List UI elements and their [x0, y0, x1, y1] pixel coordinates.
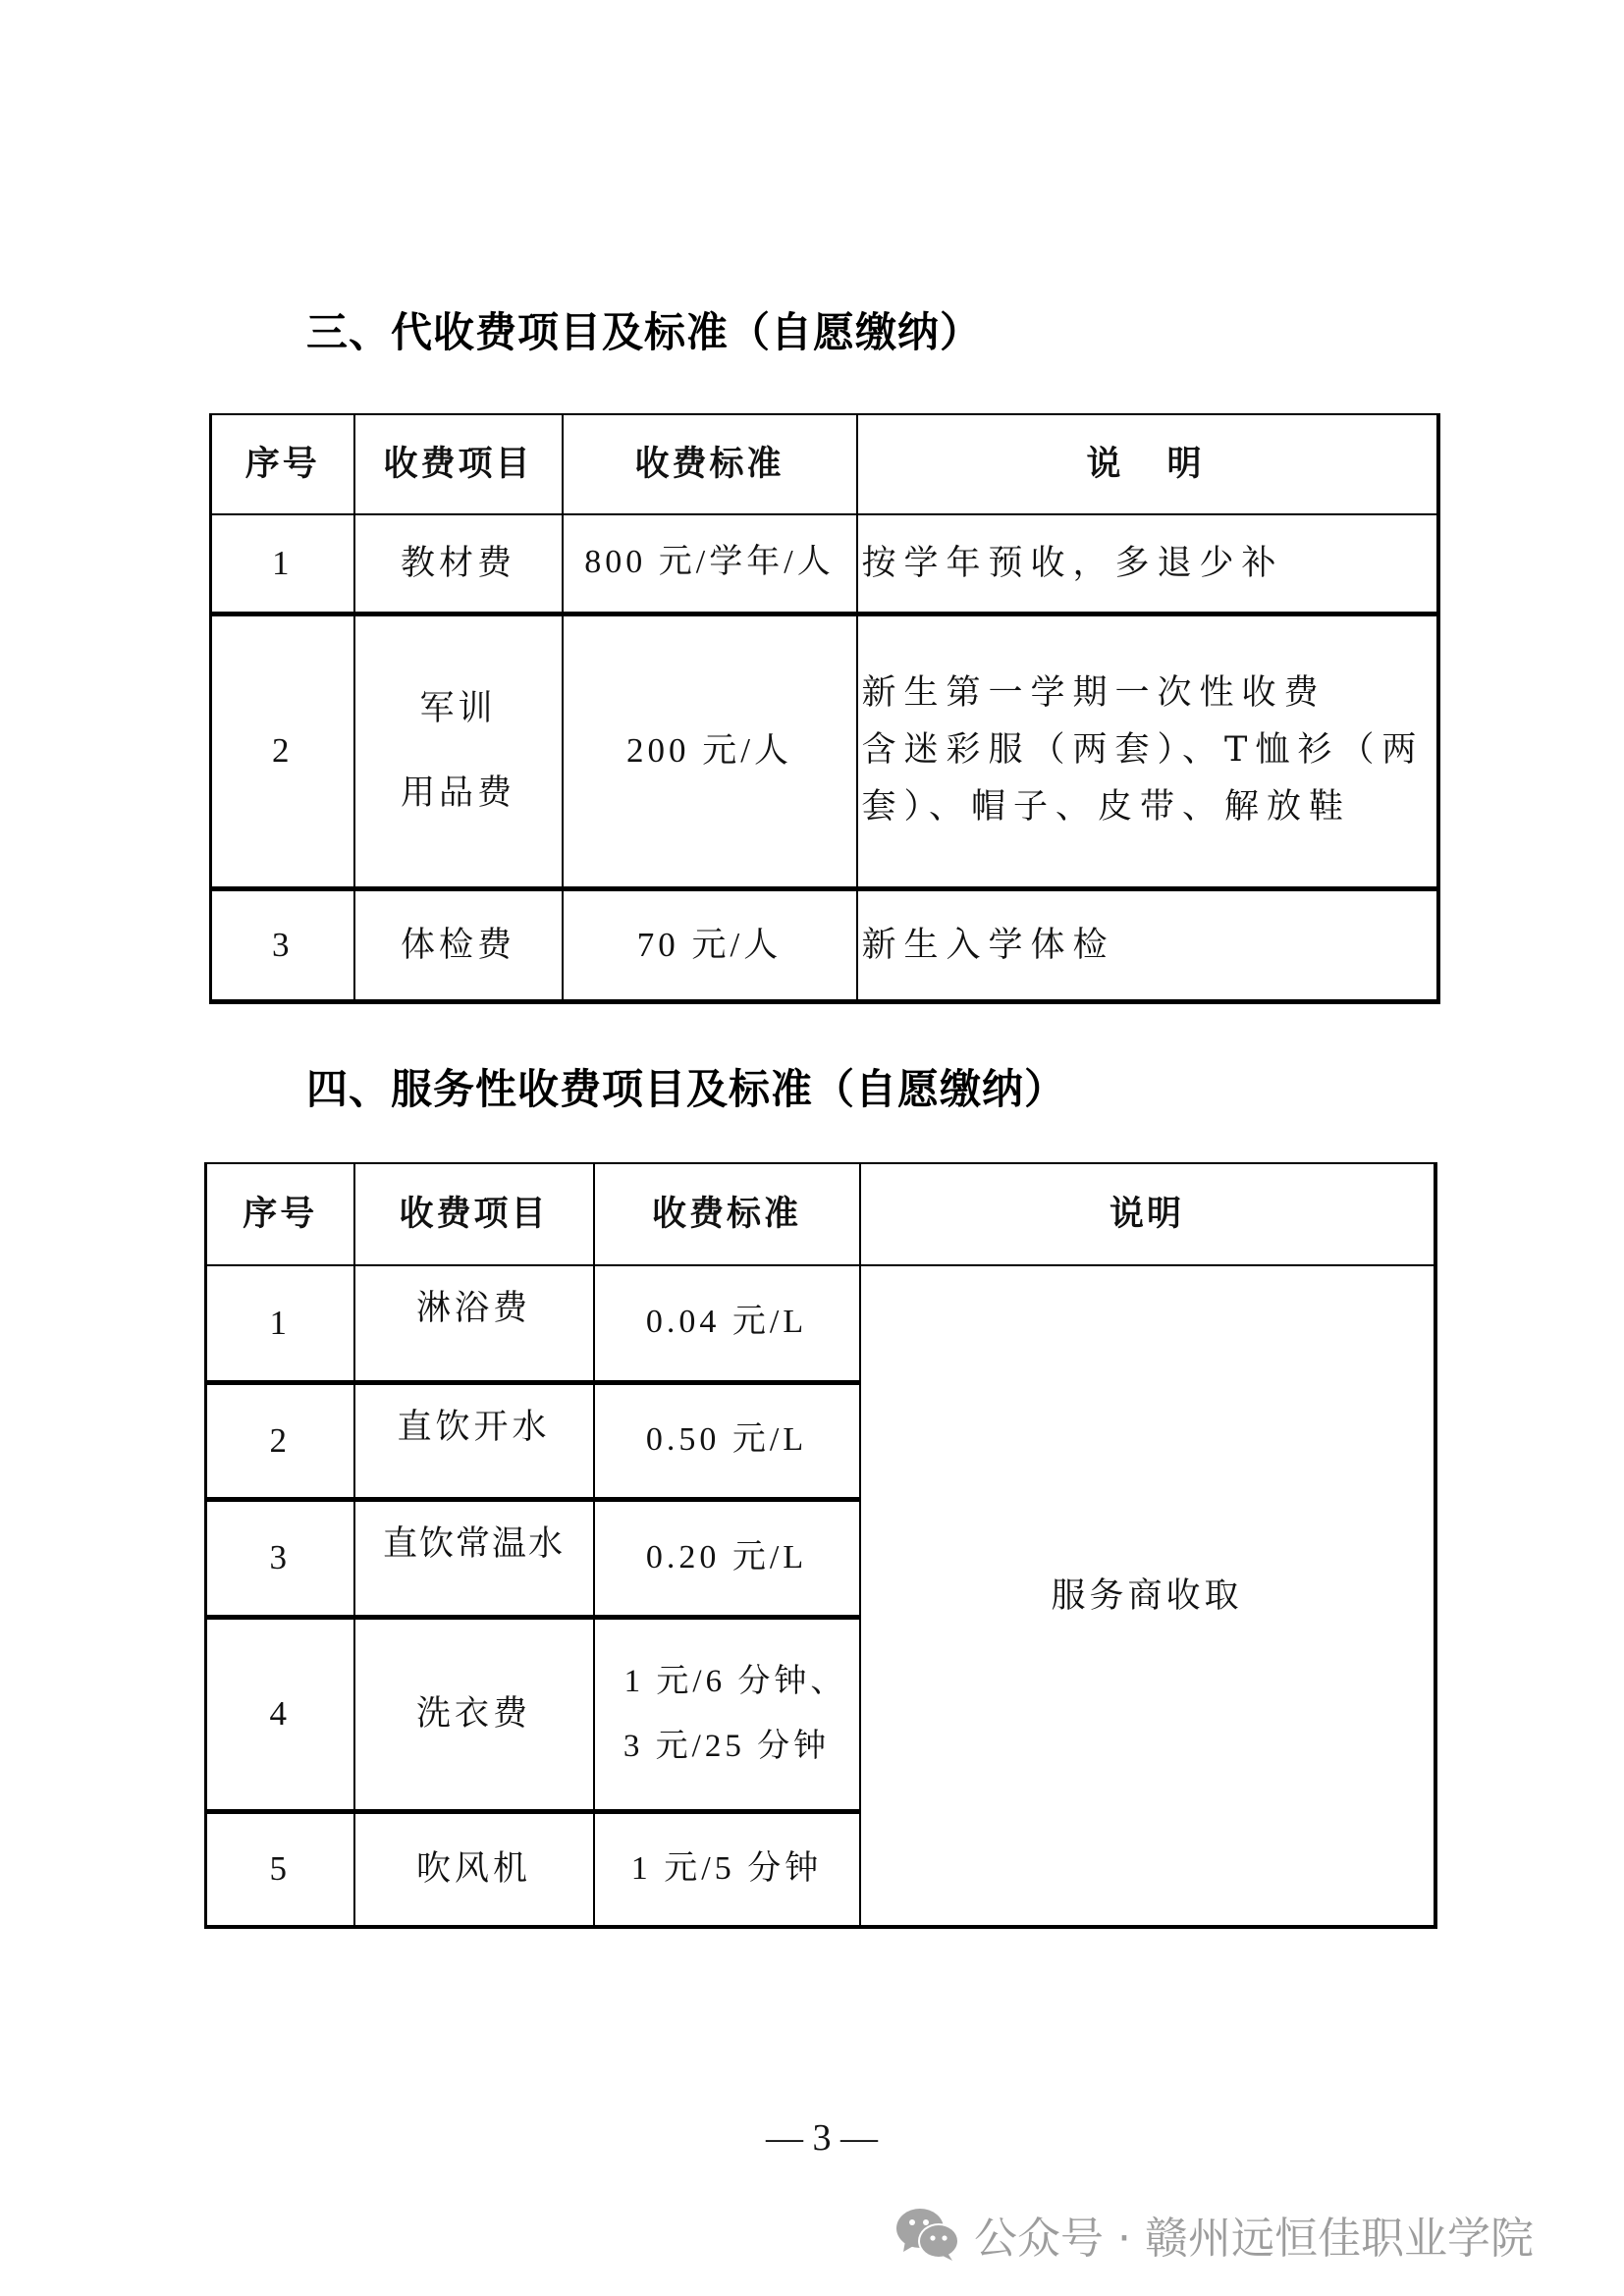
row-item-line: 用品费 — [355, 773, 562, 814]
wechat-watermark: 公众号 · 赣州远恒佳职业学院 — [895, 2203, 1534, 2266]
row-standard: 200 元/人 — [563, 614, 857, 888]
merged-note: 服务商收取 — [860, 1265, 1435, 1927]
section-4-title: 四、服务性收费项目及标准（自愿缴纳） — [306, 1069, 1066, 1110]
table-row: 1 教材费 800 元/学年/人 按学年预收，多退少补 — [211, 514, 1438, 614]
table-row: 2 军训 用品费 200 元/人 新生第一学期一次性收费 含迷彩服（两套）、T恤… — [211, 614, 1438, 888]
row-item: 教材费 — [354, 514, 563, 614]
row-standard-line: 3 元/25 分钟 — [595, 1714, 859, 1779]
wechat-icon — [895, 2208, 960, 2261]
row-index: 1 — [211, 514, 354, 614]
row-index: 3 — [206, 1499, 354, 1617]
header-note: 说 明 — [857, 414, 1438, 514]
header-index: 序号 — [206, 1163, 354, 1265]
row-note-line: 新生第一学期一次性收费 — [862, 666, 1436, 722]
row-note: 按学年预收，多退少补 — [857, 514, 1438, 614]
row-standard: 800 元/学年/人 — [563, 514, 857, 614]
row-note-line: 套）、帽子、皮带、解放鞋 — [862, 779, 1436, 836]
row-index: 2 — [211, 614, 354, 888]
header-item: 收费项目 — [354, 1163, 594, 1265]
row-item: 淋浴费 — [354, 1265, 594, 1382]
section-3-title: 三、代收费项目及标准（自愿缴纳） — [306, 312, 982, 353]
row-index: 1 — [206, 1265, 354, 1382]
row-item: 军训 用品费 — [354, 614, 563, 888]
watermark-text: 公众号 · 赣州远恒佳职业学院 — [974, 2203, 1534, 2266]
header-note: 说明 — [860, 1163, 1435, 1265]
row-index: 5 — [206, 1811, 354, 1927]
row-item-line: 军训 — [355, 688, 562, 729]
table-row: 3 体检费 70 元/人 新生入学体检 — [211, 888, 1438, 1001]
header-item: 收费项目 — [354, 414, 563, 514]
row-item: 直饮开水 — [354, 1382, 594, 1499]
row-item: 体检费 — [354, 888, 563, 1001]
row-item: 洗衣费 — [354, 1617, 594, 1811]
service-fee-table: 序号 收费项目 收费标准 说明 1 淋浴费 0.04 元/L 服务商收取 2 直… — [204, 1162, 1437, 1929]
row-standard: 0.20 元/L — [594, 1499, 860, 1617]
header-standard: 收费标准 — [563, 414, 857, 514]
row-item: 直饮常温水 — [354, 1499, 594, 1617]
row-note-line: 含迷彩服（两套）、T恤衫（两 — [862, 722, 1436, 779]
row-standard: 1 元/5 分钟 — [594, 1811, 860, 1927]
row-index: 3 — [211, 888, 354, 1001]
collection-fee-table: 序号 收费项目 收费标准 说 明 1 教材费 800 元/学年/人 按学年预收，… — [209, 413, 1440, 1004]
header-standard: 收费标准 — [594, 1163, 860, 1265]
row-note: 新生入学体检 — [857, 888, 1438, 1001]
row-standard: 0.04 元/L — [594, 1265, 860, 1382]
table-header-row: 序号 收费项目 收费标准 说明 — [206, 1163, 1435, 1265]
row-index: 2 — [206, 1382, 354, 1499]
row-index: 4 — [206, 1617, 354, 1811]
row-standard-line: 1 元/6 分钟、 — [595, 1649, 859, 1714]
row-standard: 70 元/人 — [563, 888, 857, 1001]
page-number: — 3 — — [766, 2116, 878, 2160]
table-header-row: 序号 收费项目 收费标准 说 明 — [211, 414, 1438, 514]
row-item: 吹风机 — [354, 1811, 594, 1927]
table-row: 1 淋浴费 0.04 元/L 服务商收取 — [206, 1265, 1435, 1382]
row-standard: 0.50 元/L — [594, 1382, 860, 1499]
row-note: 新生第一学期一次性收费 含迷彩服（两套）、T恤衫（两 套）、帽子、皮带、解放鞋 — [857, 614, 1438, 888]
header-index: 序号 — [211, 414, 354, 514]
row-standard: 1 元/6 分钟、 3 元/25 分钟 — [594, 1617, 860, 1811]
